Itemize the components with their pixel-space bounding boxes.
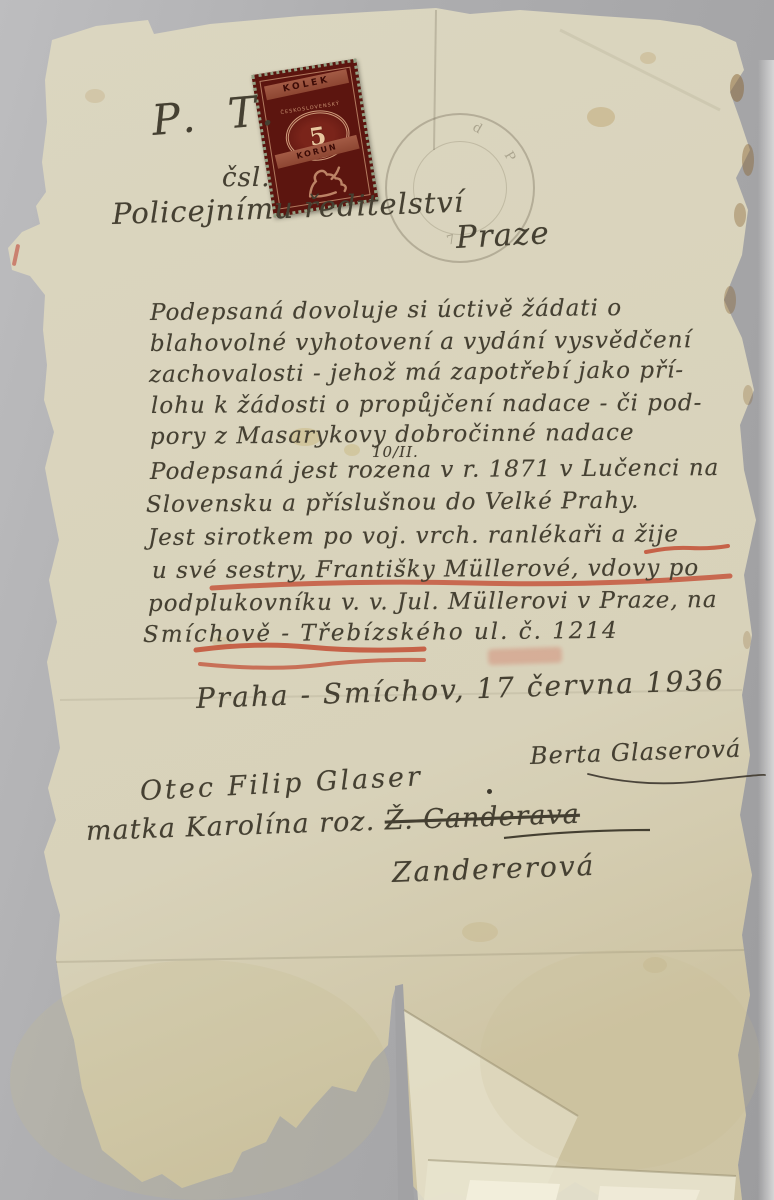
body-line-1: Podepsaná dovoluje si úctivě žádati o (150, 295, 622, 326)
body-line-8: Jest sirotkem po voj. vrch. ranlékaři a … (148, 521, 679, 551)
body-line-9: u své sestry, Františky Müllerové, vdovy… (152, 555, 699, 584)
body-line-3: zachovalosti - jehož má zapotřebí jako p… (149, 357, 684, 388)
scanned-document-page: { "scan": { "background_color": "#a8a8aa… (0, 0, 774, 1200)
salutation: P. T. (150, 85, 285, 145)
body-line-2: blahovolné vyhotovení a vydání vysvědčen… (150, 327, 692, 357)
header-csl: čsl. (222, 163, 270, 193)
handwriting-layer: P. T. čsl. Policejnímu ředitelství Praze… (0, 0, 774, 1200)
body-line-7: Slovensku a příslušnou do Velké Prahy. (146, 488, 640, 518)
dateline: Praha - Smíchov, 17 června 1936 (195, 664, 725, 715)
header-authority: Policejnímu ředitelství (111, 185, 464, 231)
mother-line-prefix: matka Karolína roz. (85, 806, 375, 847)
body-line-4: lohu k žádosti o propůjčení nadace - či … (151, 390, 702, 419)
mother-crossed-out-name: Ž. Canderava (384, 799, 580, 837)
ink-dot (487, 789, 492, 794)
mother-corrected-name: Zandererová (391, 849, 595, 889)
father-line: Otec Filip Glaser (139, 761, 423, 807)
body-line-10: podplukovníku v. v. Jul. Müllerovi v Pra… (148, 587, 718, 617)
header-city: Praze (455, 215, 551, 256)
body-line-6: Podepsaná jest rozena v r. 1871 v Lučenc… (150, 455, 719, 485)
faint-red-stamp (488, 647, 563, 666)
signature: Berta Glaserová (530, 735, 742, 770)
body-line-11: Smíchově - Třebízského ul. č. 1214 (143, 618, 619, 648)
